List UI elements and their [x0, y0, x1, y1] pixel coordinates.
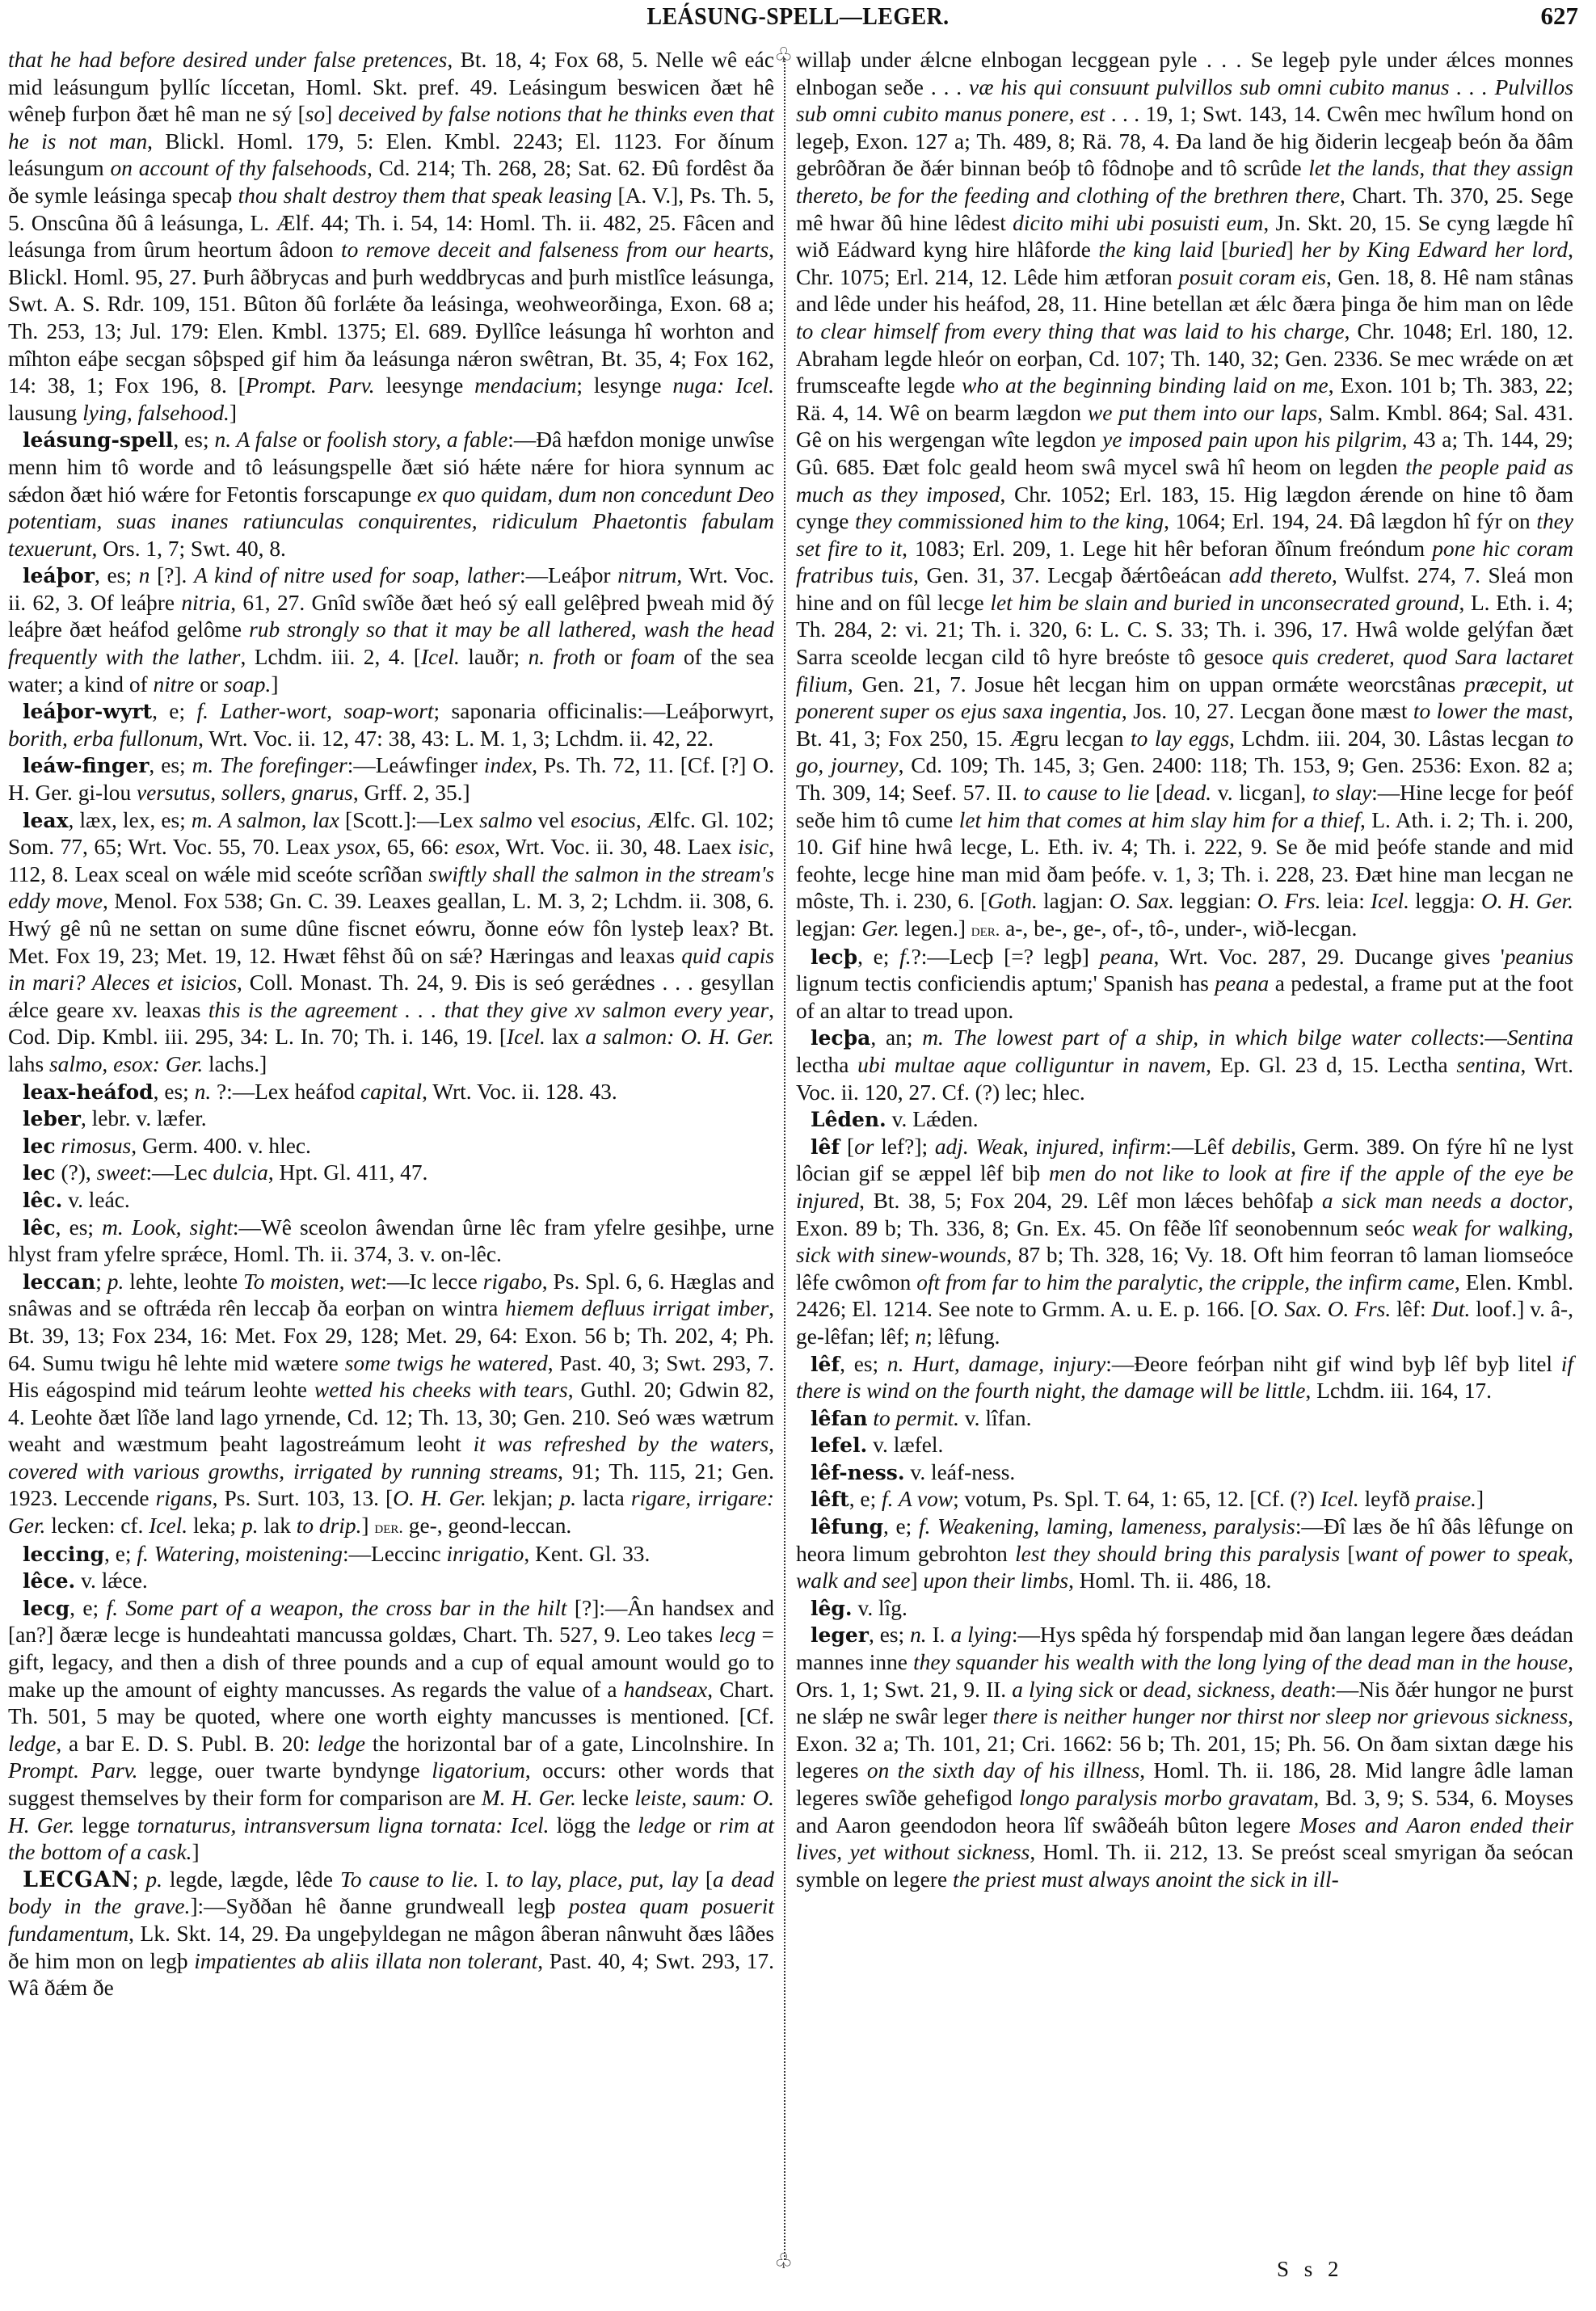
italic-gloss: salmo [479, 808, 532, 832]
text-run: lagjan: [1038, 889, 1110, 913]
italic-gloss: Goth. [987, 889, 1038, 913]
italic-gloss: debilis [1232, 1134, 1291, 1159]
dictionary-entry: lêfan to permit. v. lîfan. [796, 1405, 1573, 1433]
italic-gloss: Prompt. Parv. [246, 373, 375, 398]
italic-gloss: O. H. Ger. [393, 1486, 486, 1510]
italic-gloss: a salmon: O. H. Ger. [585, 1025, 774, 1049]
text-run: , Bt. 38, 5; Fox 204, 29. Lêf mon lǽces … [859, 1189, 1322, 1213]
text-run: , Wrt. Voc. 287, 29. Ducange gives ' [1154, 945, 1505, 969]
text-run: ; lesynge [576, 373, 672, 398]
italic-gloss: m. A salmon, lax [192, 808, 339, 832]
italic-gloss: impatientes ab aliis illata non tolerant [194, 1949, 537, 1973]
dictionary-entry: lêce. v. lǽce. [8, 1568, 774, 1595]
headword: leáw-finger [23, 754, 149, 777]
text-run: legge [74, 1813, 137, 1837]
italic-gloss: To moisten, wet [243, 1269, 381, 1294]
text-run: , Menol. Fox 538; Gn. C. 39. Leaxes geal… [8, 889, 774, 967]
text-run: ]:—Syððan hê ðanne grundweall legþ [190, 1894, 568, 1918]
text-run: , es; [149, 753, 192, 777]
italic-gloss: peana [1100, 945, 1154, 969]
headword: leax [23, 809, 69, 832]
italic-gloss: Icel. [507, 1025, 545, 1049]
text-run: , Wrt. Voc. ii. 128. 43. [422, 1080, 617, 1104]
text-run: ] [192, 1840, 199, 1864]
text-run: , læx, lex, es; [69, 808, 192, 832]
dictionary-entry: leásung-spell, es; n. A false or foolish… [8, 427, 774, 562]
text-run: [Scott.]:—Lex [339, 808, 479, 832]
text-run: , Wrt. Voc. ii. 30, 48. Laex [495, 835, 738, 859]
headword: lecþ [811, 945, 857, 969]
text-run: , Lchdm. iii. 164, 17. [1305, 1379, 1492, 1403]
headword: lec [23, 1134, 56, 1158]
text-run: a-, be-, ge-, of-, tô-, under-, wið-lecg… [1000, 916, 1357, 941]
headword: LECGAN [23, 1867, 133, 1892]
italic-gloss: tornaturus, intransversum ligna tornata:… [137, 1813, 550, 1837]
italic-gloss: to clear himself from every thing that w… [796, 319, 1345, 343]
entry-list: lecþ, e; f.?:—Lecþ [=? legþ] peana, Wrt.… [796, 944, 1573, 1894]
italic-gloss: there is neither hunger nor thirst nor s… [993, 1704, 1569, 1728]
italic-gloss: esocius [571, 808, 636, 832]
dictionary-entry: lecg, e; f. Some part of a weapon, the c… [8, 1595, 774, 1867]
text-run: [?]. [149, 563, 194, 587]
text-run: v. lîg. [853, 1596, 907, 1620]
headword: Lêden. [811, 1108, 886, 1131]
italic-gloss: capital [360, 1080, 422, 1104]
italic-gloss: foam [631, 645, 676, 669]
italic-gloss: O. Sax. [1110, 889, 1174, 913]
text-run: or [194, 672, 224, 697]
headword: leccing [23, 1543, 104, 1566]
italic-gloss: nitrum [617, 563, 676, 587]
entry-list: leásung-spell, es; n. A false or foolish… [8, 427, 774, 2002]
headword: leáþor-wyrt [23, 700, 152, 723]
text-run: lignum tectis conficiendis aptum;' Spani… [796, 971, 1215, 996]
text-run: , Wrt. Voc. ii. 12, 47: 38, 43: L. M. 1,… [198, 726, 714, 751]
text-run: ?:—Lecþ [=? legþ] [912, 945, 1100, 969]
italic-gloss: dulcia [213, 1160, 267, 1185]
text-run: leyfð [1359, 1487, 1416, 1511]
dictionary-entry: leax, læx, lex, es; m. A salmon, lax [Sc… [8, 807, 774, 1079]
italic-gloss: wetted his cheeks with tears [314, 1378, 568, 1402]
text-run: :—Ic lecce [381, 1269, 482, 1294]
text-run: lauðr; [460, 645, 528, 669]
italic-gloss: ligatorium [432, 1758, 525, 1783]
text-run: v. leáf-ness. [905, 1460, 1016, 1484]
text-run: lögg the [550, 1813, 638, 1837]
italic-gloss: Icel. [1320, 1487, 1359, 1511]
text-run: vel [533, 808, 571, 832]
italic-gloss: hiemem defluus irrigat imber [505, 1296, 769, 1320]
headword: lec [23, 1161, 56, 1185]
text-run: , e; [849, 1487, 882, 1511]
dictionary-entry: lêc. v. leác. [8, 1187, 774, 1214]
italic-gloss: n. A false [215, 427, 297, 452]
italic-gloss: dead. [1163, 781, 1211, 805]
text-run: , Grff. 2, 35.] [353, 781, 470, 805]
italic-gloss: let him be slain and buried in unconsecr… [990, 591, 1459, 615]
italic-gloss: n. froth [528, 645, 596, 669]
dictionary-entry: lêfung, e; f. Weakening, laming, lamenes… [796, 1513, 1573, 1595]
dictionary-entry: lefel. v. læfel. [796, 1432, 1573, 1459]
text-run: [ [698, 1867, 713, 1892]
italic-gloss: versutus, sollers, gnarus [137, 781, 353, 805]
text-run: , Gen. 21, 7. Josue hêt lecgan him on up… [848, 672, 1464, 697]
text-run: lacta [576, 1486, 631, 1510]
text-run: ] [1286, 238, 1302, 262]
text-run: , Germ. 400. v. hlec. [131, 1134, 311, 1158]
dictionary-entry: lecþa, an; m. The lowest part of a ship,… [796, 1025, 1573, 1106]
italic-gloss: nitria [181, 591, 230, 615]
dictionary-entry: lêft, e; f. A vow; votum, Ps. Spl. T. 64… [796, 1486, 1573, 1513]
derivatives-label: der. [971, 920, 1000, 940]
text-run: :—Ðeore feórþan niht gif wind byþ lêf by… [1105, 1352, 1561, 1376]
text-run: , es; [173, 427, 214, 452]
text-run: , es; [154, 1080, 195, 1104]
italic-gloss: dead, sickness, death [1143, 1677, 1331, 1702]
headword: lêft [811, 1488, 849, 1511]
text-run: the horizontal bar of a gate, Lincolnshi… [365, 1732, 774, 1756]
text-run: legjan: [796, 916, 861, 941]
text-run: (?), [56, 1160, 97, 1185]
headword: leger [811, 1623, 869, 1647]
text-run: lecke [576, 1786, 634, 1810]
italic-gloss: who at the beginning binding laid on me [962, 373, 1329, 398]
italic-gloss: m. The lowest part of a ship, in which b… [922, 1025, 1479, 1050]
italic-gloss: ubi multae aque colliguntur in navem [857, 1053, 1206, 1077]
text-run: , Ps. Surt. 103, 13. [ [213, 1486, 394, 1510]
text-run: legde, lægde, lêde [162, 1867, 340, 1892]
text-run: ; votum, Ps. Spl. T. 64, 1: 65, 12. [Cf.… [953, 1487, 1320, 1511]
dictionary-entry: lêf [or lef?]; adj. Weak, injured, infir… [796, 1134, 1573, 1351]
italic-gloss: ledge [318, 1732, 365, 1756]
italic-gloss: rimosus [61, 1134, 131, 1158]
italic-gloss: f. Weakening, laming, lameness, paralysi… [919, 1514, 1295, 1539]
italic-gloss: f. [899, 945, 911, 969]
text-run: , es; [869, 1623, 910, 1647]
italic-gloss: m. Look, sight [102, 1215, 233, 1240]
italic-gloss: to permit. [873, 1406, 959, 1430]
text-run: , Ep. Gl. 23 d, 15. Lectha [1206, 1053, 1456, 1077]
text-run: lausung [8, 401, 82, 425]
derivatives-label: der. [374, 1517, 403, 1537]
right-column: willaþ under ǽlcne elnbogan lecggean pyl… [796, 47, 1573, 1893]
dictionary-entry: lec rimosus, Germ. 400. v. hlec. [8, 1133, 774, 1160]
italic-gloss: ledge [638, 1813, 685, 1837]
text-run: ] [325, 102, 338, 126]
text-run: legge, ouer twarte byndynge [138, 1758, 432, 1783]
italic-gloss: on account of thy falsehoods [111, 156, 367, 180]
text-run: , 65, 66: [376, 835, 456, 859]
text-run: lecken: cf. [45, 1513, 149, 1538]
italic-gloss: p. [242, 1513, 259, 1538]
italic-gloss: Icel. [149, 1513, 187, 1538]
italic-gloss: they commissioned him to the king [855, 509, 1164, 533]
text-run: ?:—Lex heáfod [211, 1080, 360, 1104]
italic-gloss: to slay [1312, 781, 1371, 805]
italic-gloss: a lying [950, 1623, 1011, 1647]
italic-gloss: some twigs he watered [345, 1351, 548, 1375]
italic-gloss: soap. [224, 672, 272, 697]
italic-gloss: n. [910, 1623, 927, 1647]
italic-gloss: inrigatio [446, 1542, 524, 1566]
text-run: lef?]; [874, 1134, 934, 1159]
italic-gloss: to lay eggs [1131, 726, 1229, 751]
page-header: LEÁSUNG-SPELL—LEGER. 627 [0, 2, 1596, 34]
text-run: leggian: [1174, 889, 1257, 913]
italic-gloss: lecg [718, 1623, 756, 1647]
text-run: :—Leáwfinger [347, 753, 484, 777]
column-divider [784, 58, 785, 2260]
text-run: v. leác. [62, 1188, 129, 1212]
italic-gloss: f. A vow [882, 1487, 953, 1511]
italic-gloss: lest they should bring this paralysis [1015, 1542, 1340, 1566]
italic-gloss: A kind of nitre used for soap, lather [194, 563, 520, 587]
dictionary-entry: leber, lebr. v. læfer. [8, 1105, 774, 1133]
italic-gloss: rigans [156, 1486, 213, 1510]
text-run: , es; [840, 1352, 887, 1376]
italic-gloss: Prompt. Parv. [8, 1758, 138, 1783]
italic-gloss: f. Some part of a weapon, the cross bar … [107, 1596, 567, 1620]
dictionary-entry: lêf, es; n. Hurt, damage, injury:—Ðeore … [796, 1351, 1573, 1405]
italic-gloss: handseax [624, 1677, 707, 1702]
italic-gloss: to lay, place, put, lay [506, 1867, 698, 1892]
italic-gloss: to lower the mast [1413, 699, 1568, 723]
text-run: ] [271, 672, 278, 697]
headword: leccan [23, 1270, 95, 1294]
italic-gloss: n [916, 1324, 927, 1349]
text-run: :— [1479, 1025, 1507, 1050]
headword: lecg [23, 1597, 69, 1620]
italic-gloss: borith, erba fullonum [8, 726, 198, 751]
text-run: leggja: [1409, 889, 1481, 913]
text-run: or [1114, 1677, 1143, 1702]
italic-gloss: lying, falsehood. [82, 401, 230, 425]
italic-gloss: dicito mihi ubi posuisti eum [1013, 211, 1263, 235]
text-run: or [685, 1813, 718, 1837]
italic-gloss: oft from far to him the paralytic, the c… [916, 1270, 1455, 1294]
text-run: v. lîfan. [959, 1406, 1032, 1430]
text-run: v. Lǽden. [886, 1107, 979, 1131]
italic-gloss: esox [455, 835, 495, 859]
italic-gloss: p. [145, 1867, 162, 1892]
italic-gloss: O. Sax. O. Frs. [1257, 1297, 1391, 1321]
text-run: I. [478, 1867, 506, 1892]
dictionary-entry: leáþor, es; n [?]. A kind of nitre used … [8, 562, 774, 698]
text-run: , Gen. 31, 37. Lecgaþ ðǽrtôeácan [913, 563, 1229, 587]
italic-gloss: add thereto [1229, 563, 1332, 587]
headword: lêf [811, 1135, 840, 1159]
italic-gloss: Ger. [861, 916, 899, 941]
italic-gloss: peanius [1505, 945, 1573, 969]
italic-gloss: peana [1215, 971, 1269, 996]
text-run: ] [361, 1513, 374, 1538]
text-run: , Jos. 10, 27. Lecgan ðone mæst [1122, 699, 1413, 723]
headword: lêc. [23, 1189, 62, 1212]
italic-gloss: to drip. [297, 1513, 362, 1538]
text-run: :—Leáþor [520, 563, 617, 587]
text-run: ] [1476, 1487, 1484, 1511]
italic-gloss: let him that comes at him slay him for a… [959, 808, 1360, 832]
italic-gloss: sentina [1456, 1053, 1520, 1077]
text-run: v. licgan], [1211, 781, 1312, 805]
dictionary-entry: LECGAN; p. legde, lægde, lêde To cause t… [8, 1867, 774, 2002]
italic-gloss: we put them into our laps [1088, 401, 1317, 425]
italic-gloss: a sick man needs a doctor [1322, 1189, 1568, 1213]
italic-gloss: nuga: Icel. [672, 373, 774, 398]
text-run: :—Leccinc [343, 1542, 447, 1566]
headword: lêfan [811, 1407, 868, 1430]
italic-gloss: nitre [154, 672, 195, 697]
text-run: , 1064; Erl. 194, 24. Ðâ lægdon hî fýr o… [1164, 509, 1536, 533]
dictionary-entry: lêf-ness. v. leáf-ness. [796, 1459, 1573, 1487]
italic-gloss: M. H. Ger. [482, 1786, 576, 1810]
text-run: [ [1340, 1542, 1354, 1566]
text-run: :—Lec [145, 1160, 213, 1185]
italic-gloss: her by King Edward her lord [1301, 238, 1568, 262]
text-run: ] [911, 1568, 924, 1593]
text-run: , Ors. 1, 7; Swt. 40, 8. [91, 537, 285, 561]
text-run: , e; [883, 1514, 919, 1539]
text-run: ] [230, 401, 237, 425]
italic-gloss: thou shalt destroy them that speak leasi… [238, 183, 613, 208]
italic-gloss: mendacium [474, 373, 576, 398]
text-run: or [596, 645, 631, 669]
italic-gloss: O. Frs. [1257, 889, 1321, 913]
dictionary-entry: Lêden. v. Lǽden. [796, 1106, 1573, 1134]
text-run: ; [133, 1867, 146, 1892]
italic-gloss: salmo, esox: Ger. [49, 1052, 203, 1076]
text-run: , e; [104, 1542, 137, 1566]
text-run: , es; [56, 1215, 102, 1240]
italic-gloss: to remove deceit and falseness from our … [341, 238, 769, 262]
italic-gloss: or [854, 1134, 874, 1159]
italic-gloss: ye imposed pain upon his pilgrim [1102, 427, 1401, 452]
text-run: [ [840, 1134, 854, 1159]
text-run: , Homl. Th. ii. 486, 18. [1068, 1568, 1271, 1593]
italic-gloss: Sentina [1507, 1025, 1573, 1050]
text-run: ; lêfung. [926, 1324, 1000, 1349]
italic-gloss: upon their limbs [923, 1568, 1068, 1593]
text-run: ; saponaria officinalis:—Leáþorwyrt, [434, 699, 775, 723]
text-run: I. [927, 1623, 951, 1647]
headword: lêfung [811, 1515, 883, 1539]
text-run: , Lchdm. iii. 2, 4. [ [240, 645, 420, 669]
italic-gloss: m. The forefinger [192, 753, 347, 777]
text-run: legen.] [899, 916, 971, 941]
italic-gloss: isic [738, 835, 769, 859]
running-head: LEÁSUNG-SPELL—LEGER. [80, 2, 1517, 31]
dictionary-entry: leccan; p. lehte, leohte To moisten, wet… [8, 1269, 774, 1541]
headword: leber [23, 1107, 81, 1130]
headword: leax-heáfod [23, 1080, 154, 1104]
text-run: , 1083; Erl. 209, 1. Lege hit hêr befora… [902, 537, 1432, 561]
text-run: , an; [870, 1025, 922, 1050]
italic-gloss: To cause to lie. [340, 1867, 478, 1892]
italic-gloss: ysox [336, 835, 376, 859]
continuation-paragraph: willaþ under ǽlcne elnbogan lecggean pyl… [796, 47, 1573, 944]
italic-gloss: the king laid [1098, 238, 1213, 262]
italic-gloss: Icel. [421, 645, 460, 669]
dictionary-entry: leáþor-wyrt, e; f. Lather-wort, soap-wor… [8, 698, 774, 752]
text-run: lax [545, 1025, 585, 1049]
italic-gloss: a lying sick [1012, 1677, 1113, 1702]
headword: leásung-spell [23, 428, 173, 452]
text-run: leia: [1320, 889, 1371, 913]
italic-gloss: Dut. [1431, 1297, 1470, 1321]
italic-gloss: index [484, 753, 532, 777]
italic-gloss: longo paralysis morbo gravatam [1019, 1786, 1313, 1810]
column-ornament-icon: ♧ [774, 2251, 793, 2272]
text-run: lak [259, 1513, 297, 1538]
text-run: v. læfel. [867, 1433, 943, 1457]
italic-gloss: the priest must always anoint the sick i… [953, 1867, 1339, 1892]
text-run: , e; [152, 699, 196, 723]
italic-gloss: O. H. Ger. [1481, 889, 1573, 913]
italic-gloss: that he had before desired under false p… [8, 48, 447, 72]
headword: lêg. [811, 1597, 853, 1620]
text-run: , Kent. Gl. 33. [524, 1542, 650, 1566]
dictionary-entry: leáw-finger, es; m. The forefinger:—Leáw… [8, 752, 774, 806]
text-run: ge-, geond-leccan. [403, 1513, 571, 1538]
text-run: [ [1214, 238, 1229, 262]
left-column: that he had before desired under false p… [8, 47, 774, 2002]
italic-gloss: buried [1228, 238, 1286, 262]
italic-gloss: foolish story, a fable [326, 427, 507, 452]
text-run: v. lǽce. [75, 1568, 148, 1593]
dictionary-entry: lecþ, e; f.?:—Lecþ [=? legþ] peana, Wrt.… [796, 944, 1573, 1025]
italic-gloss: n. Hurt, damage, injury [887, 1352, 1105, 1376]
italic-gloss: to cause to lie [1024, 781, 1150, 805]
text-run: , e; [69, 1596, 106, 1620]
headword: leáþor [23, 564, 95, 587]
text-run: :—Lêf [1165, 1134, 1232, 1159]
dictionary-entry: leax-heáfod, es; n. ?:—Lex heáfod capita… [8, 1079, 774, 1106]
headword: lêc [23, 1216, 56, 1240]
italic-gloss: posuit coram eis [1178, 265, 1326, 289]
italic-gloss: rigabo [483, 1269, 542, 1294]
text-run: leka; [187, 1513, 242, 1538]
text-run: [ [1149, 781, 1163, 805]
italic-gloss: on the sixth day of his illness [867, 1758, 1139, 1783]
text-run: or [297, 427, 326, 452]
headword: lecþa [811, 1026, 870, 1050]
text-run: , e; [857, 945, 899, 969]
italic-gloss: n. [195, 1080, 212, 1104]
text-run: , a bar E. D. S. Publ. B. 20: [56, 1732, 317, 1756]
italic-gloss: n [139, 563, 150, 587]
italic-gloss: so [305, 102, 325, 126]
italic-gloss: f. Lather-wort, soap-wort [196, 699, 433, 723]
dictionary-entry: lec (?), sweet:—Lec dulcia, Hpt. Gl. 411… [8, 1160, 774, 1187]
dictionary-entry: leger, es; n. I. a lying:—Hys spêda hý f… [796, 1622, 1573, 1893]
page-number: 627 [1541, 2, 1579, 31]
italic-gloss: ledge [8, 1732, 56, 1756]
text-run: , es; [95, 563, 139, 587]
italic-gloss: they squander his wealth with the long l… [913, 1650, 1568, 1674]
text-run: , lebr. v. læfer. [81, 1106, 207, 1130]
italic-gloss: p. [560, 1486, 577, 1510]
headword: lêce. [23, 1569, 75, 1593]
text-run: lahs [8, 1052, 49, 1076]
dictionary-entry: lêc, es; m. Look, sight:—Wê sceolon âwen… [8, 1214, 774, 1269]
text-run: ; [95, 1269, 107, 1294]
text-run: lehte, leohte [124, 1269, 243, 1294]
text-run: lectha [796, 1053, 857, 1077]
italic-gloss: f. Watering, moistening [137, 1542, 343, 1566]
italic-gloss: adj. Weak, injured, infirm [935, 1134, 1165, 1159]
continuation-paragraph: that he had before desired under false p… [8, 47, 774, 427]
dictionary-entry: lêg. v. lîg. [796, 1595, 1573, 1623]
